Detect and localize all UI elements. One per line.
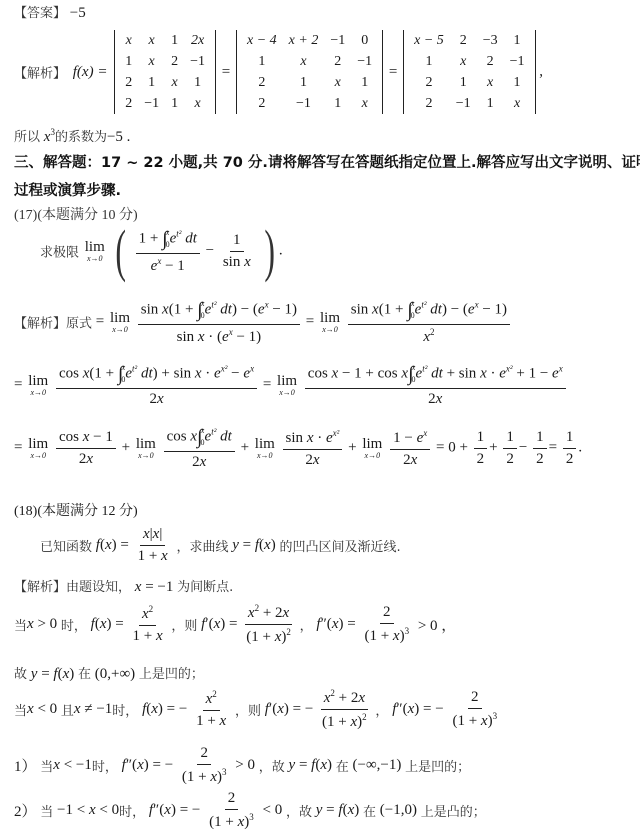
determinant-1: xx12x 1x2−1 21x1 2−11x — [114, 30, 216, 114]
q18-subcase-2: 2） 当 −1 < x < 0时， f″(x) = − 2(1 + x)3 < … — [14, 790, 486, 831]
section-heading-line2: 过程或演算步骤. — [14, 179, 121, 200]
q18-concave-positive: 故 y = f(x) 在 (0,+∞) 上是凹的； — [14, 663, 204, 683]
q17-solution-line3: = limx→0 cos x − 12x + limx→0 cos x∫x0et… — [14, 425, 582, 471]
determinant-3: x − 52−31 1x2−1 21x1 2−11x — [403, 30, 535, 114]
answer-label: 【答案】 — [14, 6, 66, 21]
q18-header: (18)(本题满分 12 分) — [14, 500, 138, 520]
equals-sign: = — [389, 64, 397, 80]
limit-operator: limx→0 — [85, 239, 105, 263]
q18-problem: 已知函数 f(x) = x|x|1 + x ，求曲线 y = f(x) 的凹凸区… — [40, 526, 401, 565]
fx-lhs: f(x) = — [73, 64, 108, 80]
q17-problem: 求极限 limx→0 ( 1 + ∫x0et² dt ex − 1 − 1 si… — [40, 222, 283, 280]
fraction-1: 1 + ∫x0et² dt ex − 1 — [136, 227, 200, 275]
determinant-equation: 【解析】 f(x) = xx12x 1x2−1 21x1 2−11x = x −… — [14, 30, 543, 114]
equals-sign: = — [222, 64, 230, 80]
answer-value: −5 — [70, 5, 86, 21]
q17-prompt: 求极限 — [40, 246, 79, 261]
answer-line: 【答案】 −5 — [14, 2, 86, 22]
q18-case-positive: 当x > 0 时， f(x) = x21 + x ，则 f′(x) = x2 +… — [14, 603, 456, 646]
section-heading-line1: 三、解答题：17 ~ 22 小题,共 70 分.请将解答写在答题纸指定位置上.解… — [14, 151, 640, 172]
q18-solution-intro: 【解析】由题设知， x = −1 为间断点. — [14, 576, 233, 596]
determinant-conclusion: 所以 x3的系数为−5 . — [14, 126, 130, 146]
q17-solution-line1: 【解析】原式 = limx→0 sin x(1 + ∫x0et² dt) − (… — [14, 298, 512, 346]
q17-solution-line2: = limx→0 cos x(1 + ∫x0et² dt) + sin x · … — [14, 362, 568, 408]
fraction-2: 1 sin x — [220, 232, 254, 271]
determinant-2: x − 4x + 2−10 1x2−1 21x1 2−11x — [236, 30, 383, 114]
q18-subcase-1: 1） 当x < −1时， f″(x) = − 2(1 + x)3 > 0 ，故 … — [14, 745, 470, 786]
q18-case-negative: 当x < 0 且x ≠ −1时， f(x) = − x21 + x ，则 f′(… — [14, 688, 502, 731]
analysis-label: 【解析】 — [14, 67, 66, 82]
